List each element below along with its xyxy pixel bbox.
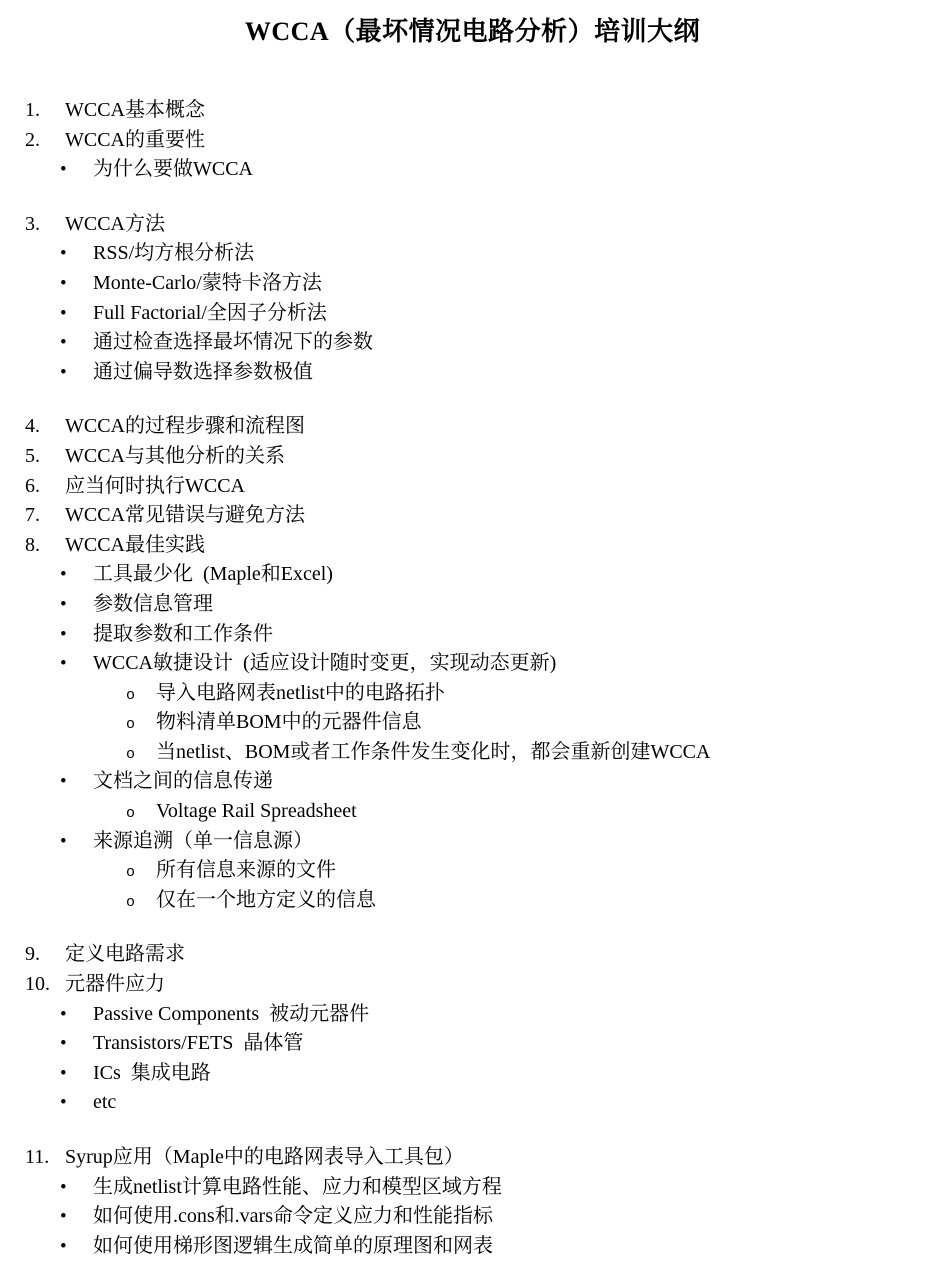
item-text: 提取参数和工作条件 [93, 620, 273, 650]
item-text: WCCA方法 [65, 210, 165, 240]
item-number: 7. [25, 501, 65, 531]
circle-bullet-icon: o [126, 710, 156, 740]
outline-item-bullet: •如何使用.cons和.vars命令定义应力和性能指标 [0, 1202, 945, 1232]
outline-item-numbered: 5.WCCA与其他分析的关系 [0, 442, 945, 472]
bullet-icon: • [60, 299, 93, 329]
outline-item-numbered: 1.WCCA基本概念 [0, 96, 945, 126]
outline-item-bullet: •Monte-Carlo/蒙特卡洛方法 [0, 269, 945, 299]
item-text: Monte-Carlo/蒙特卡洛方法 [93, 269, 322, 299]
outline-item-bullet: •RSS/均方根分析法 [0, 239, 945, 269]
item-number: 3. [25, 210, 65, 240]
item-text: 定义电路需求 [65, 940, 185, 970]
bullet-icon: • [60, 827, 93, 857]
item-number: 5. [25, 442, 65, 472]
item-text: WCCA常见错误与避免方法 [65, 501, 305, 531]
item-number: 1. [25, 96, 65, 126]
outline-item-bullet: •Passive Components 被动元器件 [0, 1000, 945, 1030]
item-text: 通过偏导数选择参数极值 [93, 358, 313, 388]
item-text: 通过检查选择最坏情况下的参数 [93, 328, 373, 358]
bullet-icon: • [60, 1232, 93, 1262]
outline-item-bullet: •Full Factorial/全因子分析法 [0, 299, 945, 329]
item-text: WCCA的过程步骤和流程图 [65, 412, 305, 442]
document-page: WCCA（最坏情况电路分析）培训大纲 1.WCCA基本概念2.WCCA的重要性•… [0, 0, 945, 1271]
item-text: 来源追溯（单一信息源） [93, 827, 313, 857]
bullet-icon: • [60, 1202, 93, 1232]
circle-bullet-icon: o [126, 858, 156, 888]
bullet-icon: • [60, 155, 93, 185]
outline-item-bullet: •ICs 集成电路 [0, 1059, 945, 1089]
outline-item-subbullet: o导入电路网表netlist中的电路拓扑 [0, 679, 945, 709]
item-text: RSS/均方根分析法 [93, 239, 254, 269]
item-number: 9. [25, 940, 65, 970]
bullet-icon: • [60, 767, 93, 797]
item-text: 导入电路网表netlist中的电路拓扑 [156, 679, 445, 709]
outline-item-numbered: 4.WCCA的过程步骤和流程图 [0, 412, 945, 442]
circle-bullet-icon: o [126, 740, 156, 770]
outline-item-subbullet: o当netlist、BOM或者工作条件发生变化时，都会重新创建WCCA [0, 738, 945, 768]
item-text: 如何使用.cons和.vars命令定义应力和性能指标 [93, 1202, 493, 1232]
bullet-icon: • [60, 358, 93, 388]
bullet-icon: • [60, 649, 93, 679]
outline-item-subbullet: oVoltage Rail Spreadsheet [0, 797, 945, 827]
bullet-icon: • [60, 1000, 93, 1030]
outline-item-numbered: 9.定义电路需求 [0, 940, 945, 970]
item-text: 所有信息来源的文件 [156, 856, 336, 886]
item-text: 如何使用梯形图逻辑生成简单的原理图和网表 [93, 1232, 493, 1262]
item-text: 应当何时执行WCCA [65, 472, 245, 502]
outline-item-numbered: 10.元器件应力 [0, 970, 945, 1000]
bullet-icon: • [60, 239, 93, 269]
item-number: 4. [25, 412, 65, 442]
outline-item-numbered: 7.WCCA常见错误与避免方法 [0, 501, 945, 531]
item-text: 参数信息管理 [93, 590, 213, 620]
circle-bullet-icon: o [126, 681, 156, 711]
outline-item-subbullet: o所有信息来源的文件 [0, 856, 945, 886]
bullet-icon: • [60, 620, 93, 650]
outline-item-bullet: •工具最少化 (Maple和Excel) [0, 560, 945, 590]
bullet-icon: • [60, 560, 93, 590]
outline-item-bullet: •提取参数和工作条件 [0, 620, 945, 650]
item-text: WCCA最佳实践 [65, 531, 205, 561]
section-gap [0, 387, 945, 412]
bullet-icon: • [60, 269, 93, 299]
item-text: Full Factorial/全因子分析法 [93, 299, 327, 329]
item-text: ICs 集成电路 [93, 1059, 211, 1089]
section-gap [0, 915, 945, 940]
item-text: 仅在一个地方定义的信息 [156, 886, 376, 916]
bullet-icon: • [60, 328, 93, 358]
item-text: 物料清单BOM中的元器件信息 [156, 708, 422, 738]
document-title: WCCA（最坏情况电路分析）培训大纲 [0, 16, 945, 48]
item-text: 文档之间的信息传递 [93, 767, 273, 797]
outline-item-numbered: 3.WCCA方法 [0, 210, 945, 240]
outline-item-bullet: •文档之间的信息传递 [0, 767, 945, 797]
circle-bullet-icon: o [126, 799, 156, 829]
outline-item-numbered: 6.应当何时执行WCCA [0, 472, 945, 502]
outline-item-bullet: •如何使用梯形图逻辑生成简单的原理图和网表 [0, 1232, 945, 1262]
outline-item-numbered: 8.WCCA最佳实践 [0, 531, 945, 561]
bullet-icon: • [60, 1173, 93, 1203]
outline-item-bullet: •为什么要做WCCA [0, 155, 945, 185]
outline-item-bullet: •通过检查选择最坏情况下的参数 [0, 328, 945, 358]
item-text: 为什么要做WCCA [93, 155, 253, 185]
outline-item-bullet: •生成netlist计算电路性能、应力和模型区域方程 [0, 1173, 945, 1203]
item-number: 8. [25, 531, 65, 561]
item-number: 6. [25, 472, 65, 502]
bullet-icon: • [60, 590, 93, 620]
circle-bullet-icon: o [126, 888, 156, 918]
item-number: 2. [25, 126, 65, 156]
item-text: WCCA敏捷设计 (适应设计随时变更，实现动态更新) [93, 649, 556, 679]
outline-item-subbullet: o物料清单BOM中的元器件信息 [0, 708, 945, 738]
item-text: 生成netlist计算电路性能、应力和模型区域方程 [93, 1173, 502, 1203]
item-text: 工具最少化 (Maple和Excel) [93, 560, 333, 590]
outline-item-bullet: •通过偏导数选择参数极值 [0, 358, 945, 388]
outline-item-numbered: 2.WCCA的重要性 [0, 126, 945, 156]
item-text: 当netlist、BOM或者工作条件发生变化时，都会重新创建WCCA [156, 738, 710, 768]
item-text: 元器件应力 [65, 970, 165, 1000]
outline-item-bullet: •Transistors/FETS 晶体管 [0, 1029, 945, 1059]
outline-item-bullet: •WCCA敏捷设计 (适应设计随时变更，实现动态更新) [0, 649, 945, 679]
item-number: 10. [25, 970, 65, 1000]
item-text: Voltage Rail Spreadsheet [156, 797, 357, 827]
outline-item-subbullet: o仅在一个地方定义的信息 [0, 886, 945, 916]
bullet-icon: • [60, 1088, 93, 1118]
item-text: Transistors/FETS 晶体管 [93, 1029, 303, 1059]
item-text: WCCA基本概念 [65, 96, 205, 126]
bullet-icon: • [60, 1029, 93, 1059]
item-text: Syrup应用（Maple中的电路网表导入工具包） [65, 1143, 464, 1173]
outline-list: 1.WCCA基本概念2.WCCA的重要性•为什么要做WCCA3.WCCA方法•R… [0, 96, 945, 1261]
item-text: WCCA与其他分析的关系 [65, 442, 285, 472]
outline-item-numbered: 11.Syrup应用（Maple中的电路网表导入工具包） [0, 1143, 945, 1173]
item-text: etc [93, 1088, 116, 1118]
section-gap [0, 1118, 945, 1143]
outline-item-bullet: •来源追溯（单一信息源） [0, 827, 945, 857]
outline-item-bullet: •etc [0, 1088, 945, 1118]
outline-item-bullet: •参数信息管理 [0, 590, 945, 620]
item-number: 11. [25, 1143, 65, 1173]
bullet-icon: • [60, 1059, 93, 1089]
item-text: WCCA的重要性 [65, 126, 205, 156]
item-text: Passive Components 被动元器件 [93, 1000, 369, 1030]
section-gap [0, 185, 945, 210]
